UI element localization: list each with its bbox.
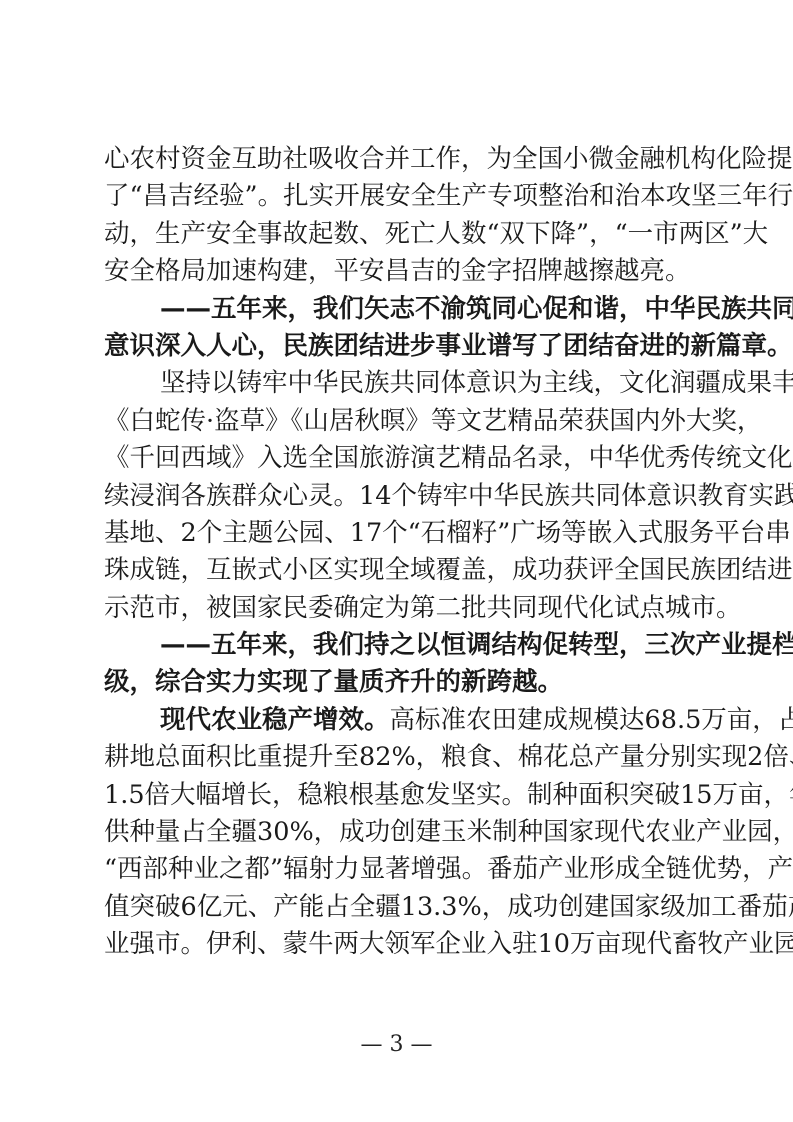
text-line: 《千回西域》入选全国旅游演艺精品名录，中华优秀传统文化持: [104, 440, 692, 477]
section-heading-line: 意识深入人心，民族团结进步事业谱写了团结奋进的新篇章。: [104, 328, 692, 365]
text-line: 续浸润各族群众心灵。14个铸牢中华民族共同体意识教育实践: [104, 478, 692, 515]
text-line: 业强市。伊利、蒙牛两大领军企业入驻10万亩现代畜牧产业园，: [104, 926, 692, 963]
text-line: 动，生产安全事故起数、死亡人数“双下降”，“一市两区”大: [104, 216, 692, 253]
document-page: 心农村资金互助社吸收合并工作，为全国小微金融机构化险提供 了“昌吉经验”。扎实开…: [0, 0, 793, 1122]
text-line: 坚持以铸牢中华民族共同体意识为主线，文化润疆成果丰硕，: [104, 365, 692, 402]
section-heading-line: 级，综合实力实现了量质齐升的新跨越。: [104, 664, 692, 701]
paragraph-lead-heading: 现代农业稳产增效。: [160, 705, 390, 735]
text-line: 《白蛇传·盗草》《山居秋暝》等文艺精品荣获国内外大奖，: [104, 403, 692, 440]
text-line: 安全格局加速构建，平安昌吉的金字招牌越擦越亮。: [104, 253, 692, 290]
text-line: 耕地总面积比重提升至82%，粮食、棉花总产量分别实现2倍、: [104, 739, 692, 776]
text-line: 供种量占全疆30%，成功创建玉米制种国家现代农业产业园，: [104, 814, 692, 851]
text-line: 现代农业稳产增效。高标准农田建成规模达68.5万亩，占: [104, 702, 692, 739]
text-line: 基地、2个主题公园、17个“石榴籽”广场等嵌入式服务平台串: [104, 515, 692, 552]
text-line: 1.5倍大幅增长，稳粮根基愈发坚实。制种面积突破15万亩，年: [104, 777, 692, 814]
section-heading-line: ——五年来，我们持之以恒调结构促转型，三次产业提档升: [104, 627, 692, 664]
text-line: 了“昌吉经验”。扎实开展安全生产专项整治和治本攻坚三年行: [104, 178, 692, 215]
text-line: 珠成链，互嵌式小区实现全域覆盖，成功获评全国民族团结进步: [104, 552, 692, 589]
paragraph-lead-text: 高标准农田建成规模达68.5万亩，占: [390, 705, 793, 735]
text-line: 示范市，被国家民委确定为第二批共同现代化试点城市。: [104, 590, 692, 627]
text-line: 心农村资金互助社吸收合并工作，为全国小微金融机构化险提供: [104, 141, 692, 178]
text-line: 值突破6亿元、产能占全疆13.3%，成功创建国家级加工番茄产: [104, 889, 692, 926]
text-line: “西部种业之都”辐射力显著增强。番茄产业形成全链优势，产: [104, 851, 692, 888]
section-heading-line: ——五年来，我们矢志不渝筑同心促和谐，中华民族共同体: [104, 291, 692, 328]
body-text: 心农村资金互助社吸收合并工作，为全国小微金融机构化险提供 了“昌吉经验”。扎实开…: [104, 141, 692, 964]
page-number: — 3 —: [0, 1030, 793, 1060]
